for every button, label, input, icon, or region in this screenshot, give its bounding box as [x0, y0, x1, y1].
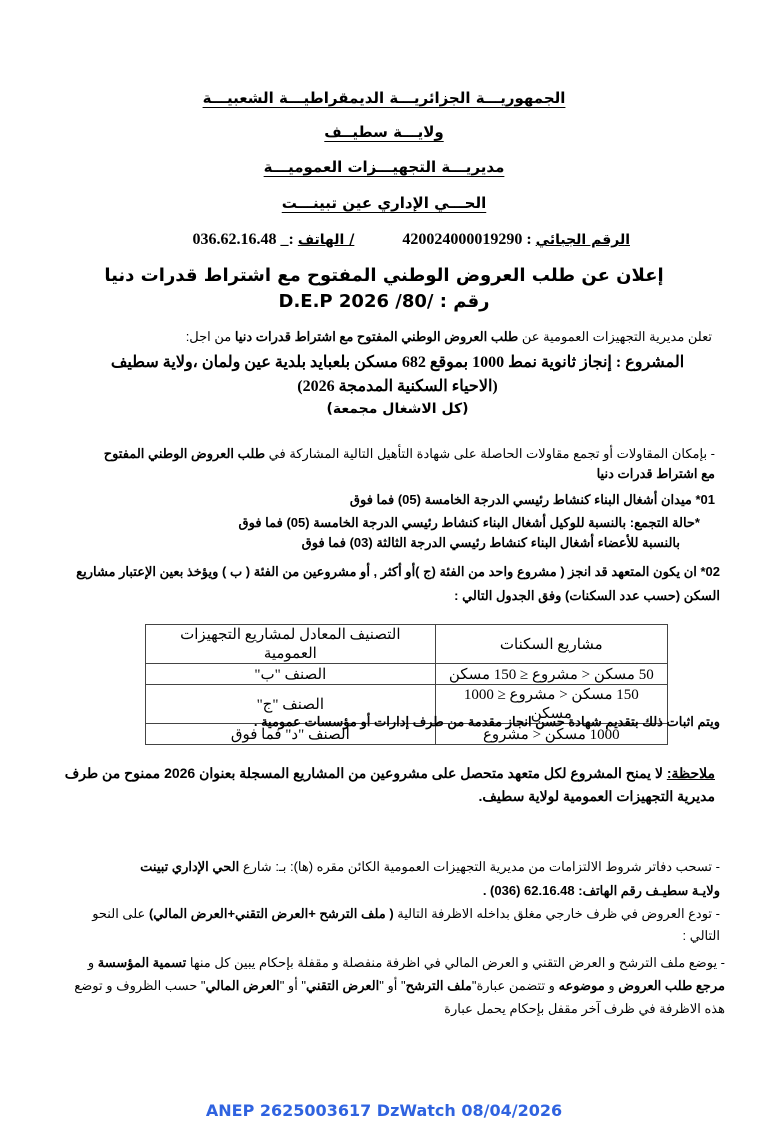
placement-text: و تتضمن عبارة": [472, 978, 559, 993]
directorate-heading: مديريـــة التجهيـــزات العموميـــة: [0, 157, 768, 177]
phone-value: 036.62.16.48: [193, 231, 277, 248]
placement-text: " أو ": [379, 978, 405, 993]
placement-text: - يوضع ملف الترشح و العرض التقني و العرض…: [186, 955, 725, 970]
table-row: 50 مسكن < مشروع ≤ 150 مسكن الصنف "ب": [146, 664, 668, 685]
placement-bold: ملف الترشح: [406, 978, 472, 993]
fiscal-number-label: الرقم الجبائي: [536, 232, 630, 248]
address-text: الحـــي الإداري عين تبينـــت: [282, 194, 486, 212]
tender-notice-page: الجمهوريـــة الجزائريـــة الديمقراطيـــة…: [0, 0, 768, 1138]
deposit-envelopes: ( ملف الترشح +العرض التقني+العرض المالي): [149, 906, 394, 921]
proof-statement: ويتم اثبات ذلك بتقديم شهادة حسن انجاز مق…: [140, 712, 720, 732]
placement-text: و: [88, 955, 98, 970]
placement-bold: العرض المالي: [206, 978, 280, 993]
table-header: مشاريع السكنات: [435, 625, 667, 664]
project-line-2: (الاحياء السكنية المدمجة 2026): [75, 376, 720, 398]
fiscal-number-value: 420024000019290: [402, 231, 522, 248]
withdraw-prefix: - تسحب دفاتر شروط الالتزامات من مديرية ا…: [239, 859, 720, 874]
wilaya-heading: ولايـــة سطيــف: [0, 122, 768, 142]
intro-prefix: تعلن مديرية التجهيزات العمومية عن: [518, 329, 712, 344]
intro-paragraph: تعلن مديرية التجهيزات العمومية عن طلب ال…: [70, 327, 712, 347]
directorate-text: مديريـــة التجهيـــزات العموميـــة: [264, 158, 505, 176]
anep-reference-footer: ANEP 2625003617 DzWatch 08/04/2026: [0, 1101, 768, 1120]
withdraw-address: الحي الإداري تبينت: [140, 859, 239, 874]
table-header: التصنيف المعادل لمشاريع التجهيزات العموم…: [146, 625, 436, 664]
placement-bold: موضوعه: [559, 978, 605, 993]
criterion-01: 01* ميدان أشغال البناء كنشاط رئيسي الدرج…: [95, 490, 715, 510]
intro-bold: طلب العروض الوطني المفتوح مع اشتراط قدرا…: [235, 329, 518, 344]
notice-number: رقم : /80/ 2026 D.E.P: [0, 290, 768, 314]
placement-bold: تسمية المؤسسة: [98, 955, 187, 970]
note-paragraph: ملاحظة: لا يمنح المشروع لكل متعهد متحصل …: [55, 762, 715, 808]
placement-paragraph: - يوضع ملف الترشح و العرض التقني و العرض…: [60, 951, 725, 1020]
placement-text: " أو ": [280, 978, 306, 993]
criterion-02: 02* ان يكون المتعهد قد انجز ( مشروع واحد…: [60, 560, 720, 608]
deposit-paragraph: - تودع العروض في ظرف خارجي مغلق بداخله ا…: [60, 903, 720, 947]
identification-line: الرقم الجبائي : 420024000019290 / الهاتف…: [140, 229, 630, 251]
republic-text: الجمهوريـــة الجزائريـــة الديمقراطيـــة…: [203, 89, 566, 107]
notice-title: إعلان عن طلب العروض الوطني المفتوح مع اش…: [0, 264, 768, 288]
project-line-1: المشروع : إنجاز ثانوية نمط 1000 بموقع 68…: [75, 352, 720, 374]
note-text: لا يمنح المشروع لكل متعهد متحصل على مشرو…: [65, 765, 715, 804]
colon: :: [522, 231, 531, 248]
note-label: ملاحظة:: [667, 765, 715, 781]
table-header-row: مشاريع السكنات التصنيف المعادل لمشاريع ا…: [146, 625, 668, 664]
colon: :_: [281, 231, 294, 248]
placement-bold: مرجع طلب العروض: [618, 978, 725, 993]
project-line-3: (كل الاشغال مجمعة): [75, 398, 720, 420]
placement-bold: العرض التقني: [306, 978, 379, 993]
withdrawal-paragraph: - تسحب دفاتر شروط الالتزامات من مديرية ا…: [60, 855, 720, 903]
table-cell: الصنف "ب": [146, 664, 436, 685]
group-criterion-line-1: *حالة التجمع: بالنسبة للوكيل أشغال البنا…: [95, 513, 700, 533]
eligibility-prefix: - بإمكان المقاولات أو تجمع مقاولات الحاص…: [265, 446, 715, 461]
intro-suffix: من اجل:: [186, 329, 235, 344]
phone-label: / الهاتف: [298, 232, 354, 248]
deposit-prefix: - تودع العروض في ظرف خارجي مغلق بداخله ا…: [394, 906, 720, 921]
republic-heading: الجمهوريـــة الجزائريـــة الديمقراطيـــة…: [0, 88, 768, 108]
withdraw-phone: ولايـة سطيـف رقم الهاتف: 62.16.48 (036) …: [483, 883, 720, 898]
table-cell: 50 مسكن < مشروع ≤ 150 مسكن: [435, 664, 667, 685]
wilaya-text: ولايـــة سطيــف: [324, 123, 443, 141]
group-criterion-line-2: بالنسبة للأعضاء أشغال البناء كنشاط رئيسي…: [95, 533, 680, 553]
eligibility-paragraph: - بإمكان المقاولات أو تجمع مقاولات الحاص…: [95, 444, 715, 484]
placement-text: و: [605, 978, 619, 993]
address-heading: الحـــي الإداري عين تبينـــت: [0, 193, 768, 213]
